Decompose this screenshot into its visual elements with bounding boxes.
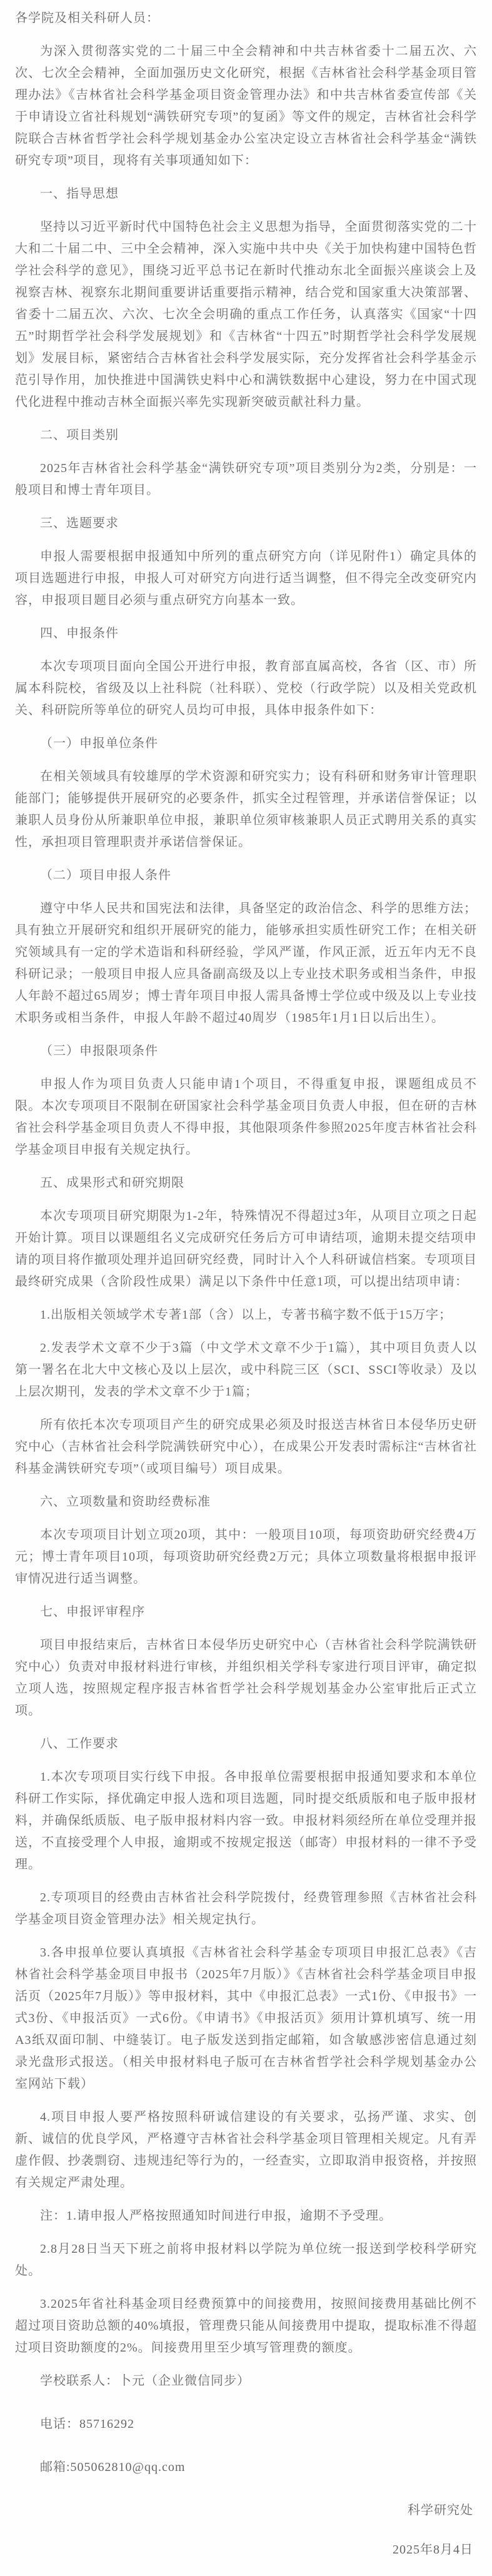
subsection-4-3-paragraph: 申报人作为项目负责人只能申请1个项目，不得重复申报，课题组成员不限。本次专项项目… xyxy=(15,1074,477,1161)
contact-email-line: 邮箱:505062810@qq.com xyxy=(15,2457,477,2478)
section-5-heading: 五、成果形式和研究期限 xyxy=(15,1172,477,1194)
note-2: 2.8月28日当天下班之前将申报材料以学院为单位统一报送到学校科学研究处。 xyxy=(15,2238,477,2282)
section-1-paragraph: 坚持以习近平新时代中国特色社会主义思想为指导，全面贯彻落实党的二十大和二十届二中… xyxy=(15,216,477,413)
contact-phone-line: 电话：85716292 xyxy=(15,2413,477,2435)
section-2-paragraph: 2025年吉林省社会科学基金“满铁研究专项”项目类别分为2类，分别是：一般项目和… xyxy=(15,458,477,501)
note-3: 3.2025年省社科基金项目经费预算中的间接费用，按照间接费用基础比例不超过项目… xyxy=(15,2293,477,2359)
section-8-item-2: 2.专项项目的经费由吉林省社会科学院拨付，经费管理参照《吉林省社会科学基金项目资… xyxy=(15,1887,477,1931)
section-4-paragraph: 本次专项项目面向全国公开进行申报，教育部直属高校，各省（区、市）所属本科院校，省… xyxy=(15,656,477,722)
contact-person-line: 学校联系人：卜元（企业微信同步） xyxy=(15,2370,477,2392)
section-6-paragraph: 本次专项项目计划立项20项，其中：一般项目10项，每项资助研究经费4万元；博士青… xyxy=(15,1524,477,1590)
subsection-4-2-paragraph: 遵守中华人民共和国宪法和法律，具备坚定的政治信念、科学的思维方法；具有独立开展研… xyxy=(15,898,477,1029)
subsection-4-3-heading: （三）申报限项条件 xyxy=(15,1040,477,1062)
signature-date: 2025年8月4日 xyxy=(15,2539,477,2561)
section-2-heading: 二、项目类别 xyxy=(15,425,477,446)
note-1: 注：1.请申报人严格按照通知时间进行申报，逾期不予受理。 xyxy=(15,2205,477,2227)
notice-document: 各学院及相关科研人员： 为深入贯彻落实党的二十届三中全会精神和中共吉林省委十二届… xyxy=(0,0,492,2576)
subsection-4-2-heading: （二）项目申报人条件 xyxy=(15,865,477,887)
section-5-item-1: 1.出版相关领域学术专著1部（含）以上，专著书稿字数不低于15万字； xyxy=(15,1304,477,1326)
intro-paragraph: 为深入贯彻落实党的二十届三中全会精神和中共吉林省委十二届五次、六次、七次全会精神… xyxy=(15,41,477,172)
section-5-closing-paragraph: 所有依托本次专项项目产生的研究成果必须及时报送吉林省日本侵华历史研究中心（吉林省… xyxy=(15,1414,477,1480)
subsection-4-1-heading: （一）申报单位条件 xyxy=(15,733,477,755)
section-5-item-2: 2.发表学术文章不少于3篇（中文学术文章不少于1篇），其中项目负责人以第一署名在… xyxy=(15,1337,477,1403)
section-5-paragraph: 本次专项项目研究期限为1-2年，特殊情况不得超过3年，从项目立项之日起开始计算。… xyxy=(15,1205,477,1293)
section-1-heading: 一、指导思想 xyxy=(15,183,477,205)
section-8-item-1: 1.本次专项项目实行线下申报。各申报单位需要根据申报通知要求和本单位科研工作实际… xyxy=(15,1766,477,1876)
subsection-4-1-paragraph: 在相关领域具有较雄厚的学术资源和研究实力；设有科研和财务审计管理职能部门；能够提… xyxy=(15,766,477,853)
section-8-item-3: 3.各申报单位要认真填报《吉林省社会科学基金专项项目申报汇总表》《吉林省社会科学… xyxy=(15,1942,477,2095)
section-8-item-4: 4.项目申报人要严格按照科研诚信建设的有关要求，弘扬严谨、求实、创新、诚信的优良… xyxy=(15,2106,477,2194)
section-7-heading: 七、申报评审程序 xyxy=(15,1601,477,1623)
section-7-paragraph: 项目申报结束后，吉林省日本侵华历史研究中心（吉林省社会科学院满铁研究中心）负责对… xyxy=(15,1634,477,1722)
section-4-heading: 四、申报条件 xyxy=(15,623,477,645)
section-8-heading: 八、工作要求 xyxy=(15,1733,477,1755)
signature-org: 科学研究处 xyxy=(15,2500,477,2522)
section-3-heading: 三、选题要求 xyxy=(15,513,477,535)
section-6-heading: 六、立项数量和资助经费标准 xyxy=(15,1491,477,1513)
section-3-paragraph: 申报人需要根据申报通知中所列的重点研究方向（详见附件1）确定具体的项目选题进行申… xyxy=(15,546,477,611)
salutation: 各学院及相关科研人员： xyxy=(15,8,477,29)
